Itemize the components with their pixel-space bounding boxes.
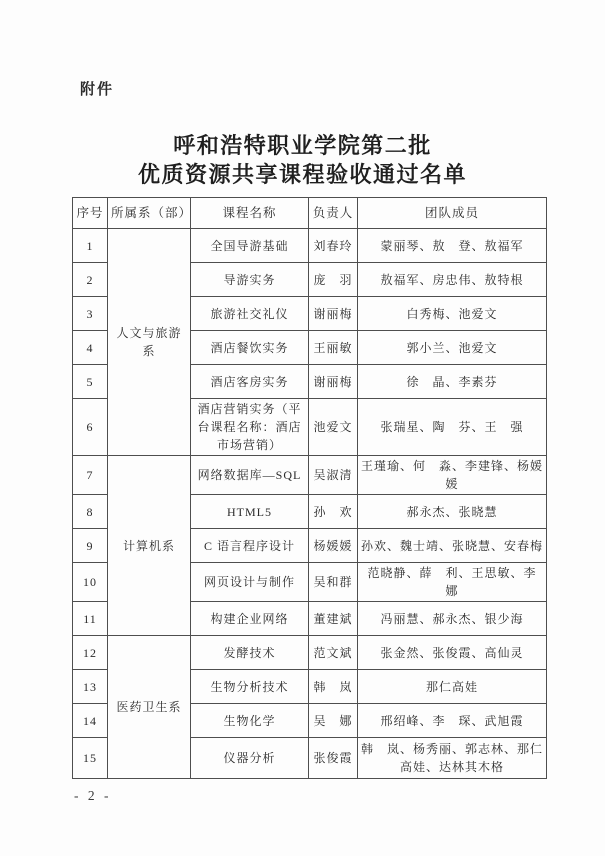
- cell-leader: 杨媛媛: [309, 529, 358, 563]
- course-acceptance-table: 序号 所属系（部） 课程名称 负责人 团队成员 1 人文与旅游系 全国导游基础 …: [72, 197, 547, 779]
- cell-no: 13: [73, 670, 108, 704]
- cell-no: 15: [73, 738, 108, 779]
- cell-course: 生物化学: [191, 704, 309, 738]
- cell-no: 12: [73, 636, 108, 670]
- header-course: 课程名称: [191, 198, 309, 229]
- cell-team: 郝永杰、张晓慧: [358, 495, 547, 529]
- attachment-label: 附件: [80, 78, 114, 99]
- cell-no: 3: [73, 297, 108, 331]
- cell-course: 构建企业网络: [191, 602, 309, 636]
- cell-no: 2: [73, 263, 108, 297]
- cell-leader: 董建斌: [309, 602, 358, 636]
- cell-course: 全国导游基础: [191, 229, 309, 263]
- cell-course: 网络数据库—SQL: [191, 456, 309, 495]
- cell-leader: 吴和群: [309, 563, 358, 602]
- cell-leader: 王丽敏: [309, 331, 358, 365]
- cell-team: 孙欢、魏士靖、张晓慧、安春梅: [358, 529, 547, 563]
- page-number: - 2 -: [74, 788, 112, 804]
- cell-leader: 庞 羽: [309, 263, 358, 297]
- cell-leader: 吴 娜: [309, 704, 358, 738]
- scanned-document-page: { "page": { "attachment_label": "附件", "t…: [0, 0, 605, 856]
- cell-team: 韩 岚、杨秀丽、郭志林、那仁高娃、达林其木格: [358, 738, 547, 779]
- cell-team: 王瑾瑜、何 淼、李建锋、杨媛媛: [358, 456, 547, 495]
- cell-leader: 谢丽梅: [309, 297, 358, 331]
- header-team: 团队成员: [358, 198, 547, 229]
- cell-no: 7: [73, 456, 108, 495]
- cell-course: 酒店营销实务（平台课程名称：酒店市场营销）: [191, 399, 309, 456]
- cell-team: 徐 晶、李素芬: [358, 365, 547, 399]
- cell-leader: 韩 岚: [309, 670, 358, 704]
- cell-team: 敖福军、房忠伟、敖特根: [358, 263, 547, 297]
- cell-team: 蒙丽琴、敖 登、敖福军: [358, 229, 547, 263]
- cell-leader: 谢丽梅: [309, 365, 358, 399]
- header-leader: 负责人: [309, 198, 358, 229]
- cell-course: C 语言程序设计: [191, 529, 309, 563]
- title-line-2: 优质资源共享课程验收通过名单: [0, 160, 605, 189]
- cell-leader: 池爱文: [309, 399, 358, 456]
- title-line-1: 呼和浩特职业学院第二批: [0, 131, 605, 160]
- table-row: 7 计算机系 网络数据库—SQL 吴淑清 王瑾瑜、何 淼、李建锋、杨媛媛: [73, 456, 547, 495]
- cell-team: 郭小兰、池爱文: [358, 331, 547, 365]
- cell-leader: 吴淑清: [309, 456, 358, 495]
- cell-no: 6: [73, 399, 108, 456]
- cell-course: 网页设计与制作: [191, 563, 309, 602]
- cell-course: 导游实务: [191, 263, 309, 297]
- table-header-row: 序号 所属系（部） 课程名称 负责人 团队成员: [73, 198, 547, 229]
- cell-no: 5: [73, 365, 108, 399]
- cell-course: 旅游社交礼仪: [191, 297, 309, 331]
- cell-course: HTML5: [191, 495, 309, 529]
- cell-no: 9: [73, 529, 108, 563]
- cell-team: 冯丽慧、郝永杰、银少海: [358, 602, 547, 636]
- cell-team: 范晓静、薛 利、王思敏、李 娜: [358, 563, 547, 602]
- table-row: 12 医药卫生系 发酵技术 范文斌 张金然、张俊霞、高仙灵: [73, 636, 547, 670]
- cell-department: 医药卫生系: [108, 636, 191, 779]
- cell-course: 发酵技术: [191, 636, 309, 670]
- cell-department: 计算机系: [108, 456, 191, 636]
- cell-team: 那仁高娃: [358, 670, 547, 704]
- cell-course: 酒店餐饮实务: [191, 331, 309, 365]
- cell-leader: 范文斌: [309, 636, 358, 670]
- cell-no: 14: [73, 704, 108, 738]
- cell-leader: 刘春玲: [309, 229, 358, 263]
- cell-leader: 张俊霞: [309, 738, 358, 779]
- cell-department: 人文与旅游系: [108, 229, 191, 456]
- cell-leader: 孙 欢: [309, 495, 358, 529]
- cell-no: 8: [73, 495, 108, 529]
- cell-no: 10: [73, 563, 108, 602]
- header-no: 序号: [73, 198, 108, 229]
- cell-course: 酒店客房实务: [191, 365, 309, 399]
- table-row: 1 人文与旅游系 全国导游基础 刘春玲 蒙丽琴、敖 登、敖福军: [73, 229, 547, 263]
- cell-team: 张金然、张俊霞、高仙灵: [358, 636, 547, 670]
- cell-team: 邢绍峰、李 琛、武旭霞: [358, 704, 547, 738]
- document-title: 呼和浩特职业学院第二批 优质资源共享课程验收通过名单: [0, 131, 605, 189]
- header-department: 所属系（部）: [108, 198, 191, 229]
- cell-no: 11: [73, 602, 108, 636]
- cell-no: 4: [73, 331, 108, 365]
- cell-no: 1: [73, 229, 108, 263]
- cell-course: 仪器分析: [191, 738, 309, 779]
- cell-team: 白秀梅、池爱文: [358, 297, 547, 331]
- cell-team: 张瑞星、陶 芬、王 强: [358, 399, 547, 456]
- cell-course: 生物分析技术: [191, 670, 309, 704]
